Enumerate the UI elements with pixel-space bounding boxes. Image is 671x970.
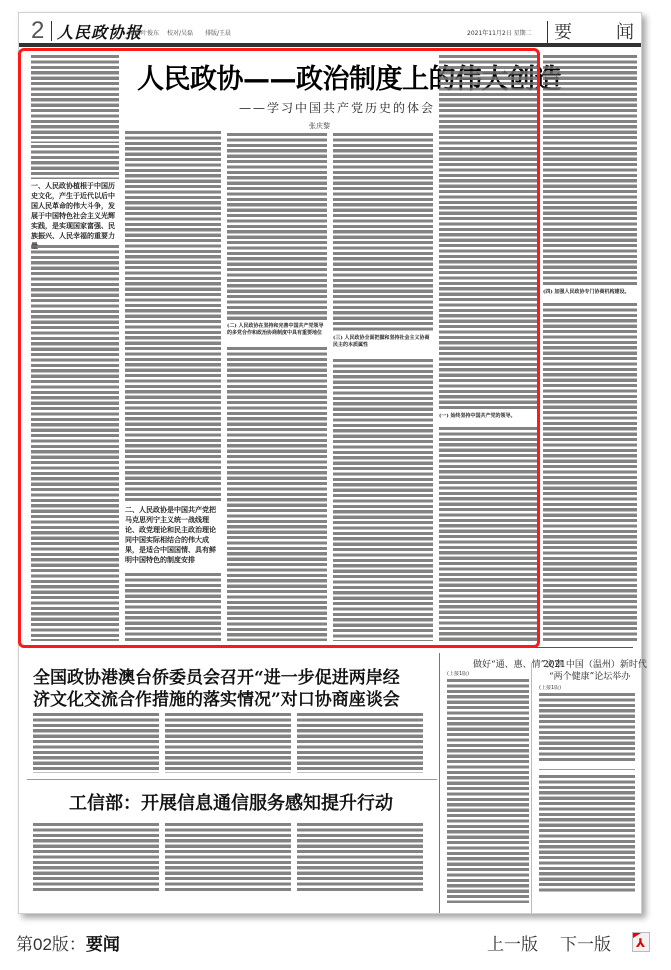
- page-footer: 第02版：要闻 上一版 下一版 ⅄: [0, 920, 671, 970]
- article-tong-hui-qing[interactable]: 做好“通、惠、情”文章 (上接1版): [443, 653, 529, 913]
- section-heading: (二) 人民政协在坚持和完善中国共产党领导的多党合作和政治协商制度中具有重要地位: [227, 323, 327, 337]
- text-column: [33, 713, 159, 773]
- article-headline[interactable]: 工信部：开展信息通信服务感知提升行动: [69, 789, 393, 815]
- text-column: [227, 347, 327, 641]
- newspaper-page[interactable]: 2 人民政协报 责编/叶俊东 校对/吴磊 排版/王晨 2021年11月2日 星期…: [18, 12, 642, 914]
- page-label: 第02版：: [16, 935, 86, 954]
- text-column: [439, 55, 539, 411]
- text-column: [31, 245, 119, 641]
- next-page-link[interactable]: 下一版: [560, 930, 611, 955]
- text-column: [165, 823, 291, 893]
- page-info: 第02版：要闻: [16, 930, 120, 955]
- section-heading: (三) 人民政协全面把握和坚持社会主义协商民主的本质属性: [333, 335, 433, 349]
- divider: [539, 769, 635, 770]
- text-column: [539, 775, 635, 893]
- continued-label: (上接1版): [539, 685, 635, 693]
- article-headline[interactable]: 济文化交流合作措施的落实情况”对口协商座谈会: [33, 685, 400, 710]
- text-column: [125, 131, 221, 501]
- text-column: [543, 303, 637, 641]
- lead-paragraph: [31, 55, 119, 143]
- section-heading: 一、人民政协植根于中国历史文化，产生于近代以后中国人民革命的伟大斗争，发展于中国…: [31, 181, 119, 251]
- text-column: [333, 359, 433, 641]
- article-miit[interactable]: 工信部：开展信息通信服务感知提升行动: [19, 783, 439, 913]
- text-column: [297, 823, 423, 893]
- divider: [27, 779, 437, 780]
- pdf-icon[interactable]: ⅄: [632, 932, 650, 952]
- text-column: [543, 55, 637, 287]
- text-column: [297, 713, 423, 773]
- text-column: [125, 573, 221, 641]
- prev-page-link[interactable]: 上一版: [487, 930, 538, 955]
- article-headline[interactable]: “两个健康”论坛举办: [549, 669, 630, 682]
- text-column: [33, 823, 159, 893]
- section-heading: (一) 始终坚持中国共产党的领导。: [439, 413, 539, 420]
- divider: [27, 647, 633, 648]
- text-column: [227, 133, 327, 321]
- divider: [531, 663, 532, 913]
- pdf-glyph: ⅄: [636, 937, 645, 949]
- divider: [439, 653, 440, 913]
- text-column: [439, 427, 539, 641]
- continued-label: (上接1版): [447, 671, 529, 679]
- section-heading: 二、人民政协是中国共产党把马克思列宁主义统一战线理论、政党理论和民主政治理论同中…: [125, 505, 221, 565]
- article-subtitle: ——学习中国共产党历史的体会: [239, 99, 435, 116]
- text-column: [333, 133, 433, 333]
- text-column: [31, 145, 119, 179]
- author-byline: 张庆黎: [309, 121, 330, 131]
- page-name: 要闻: [86, 935, 120, 954]
- text-column: [165, 713, 291, 773]
- text-column: [539, 693, 635, 763]
- article-cross-strait[interactable]: 全国政协港澳台侨委员会召开“进一步促进两岸经 济文化交流合作措施的落实情况”对口…: [19, 653, 439, 773]
- article-wenzhou-forum[interactable]: 2021中国（温州）新时代 “两个健康”论坛举办 (上接1版): [535, 653, 635, 913]
- section-heading: (四) 加强人民政协专门协商机构建设。: [543, 289, 637, 296]
- text-column: [447, 679, 529, 903]
